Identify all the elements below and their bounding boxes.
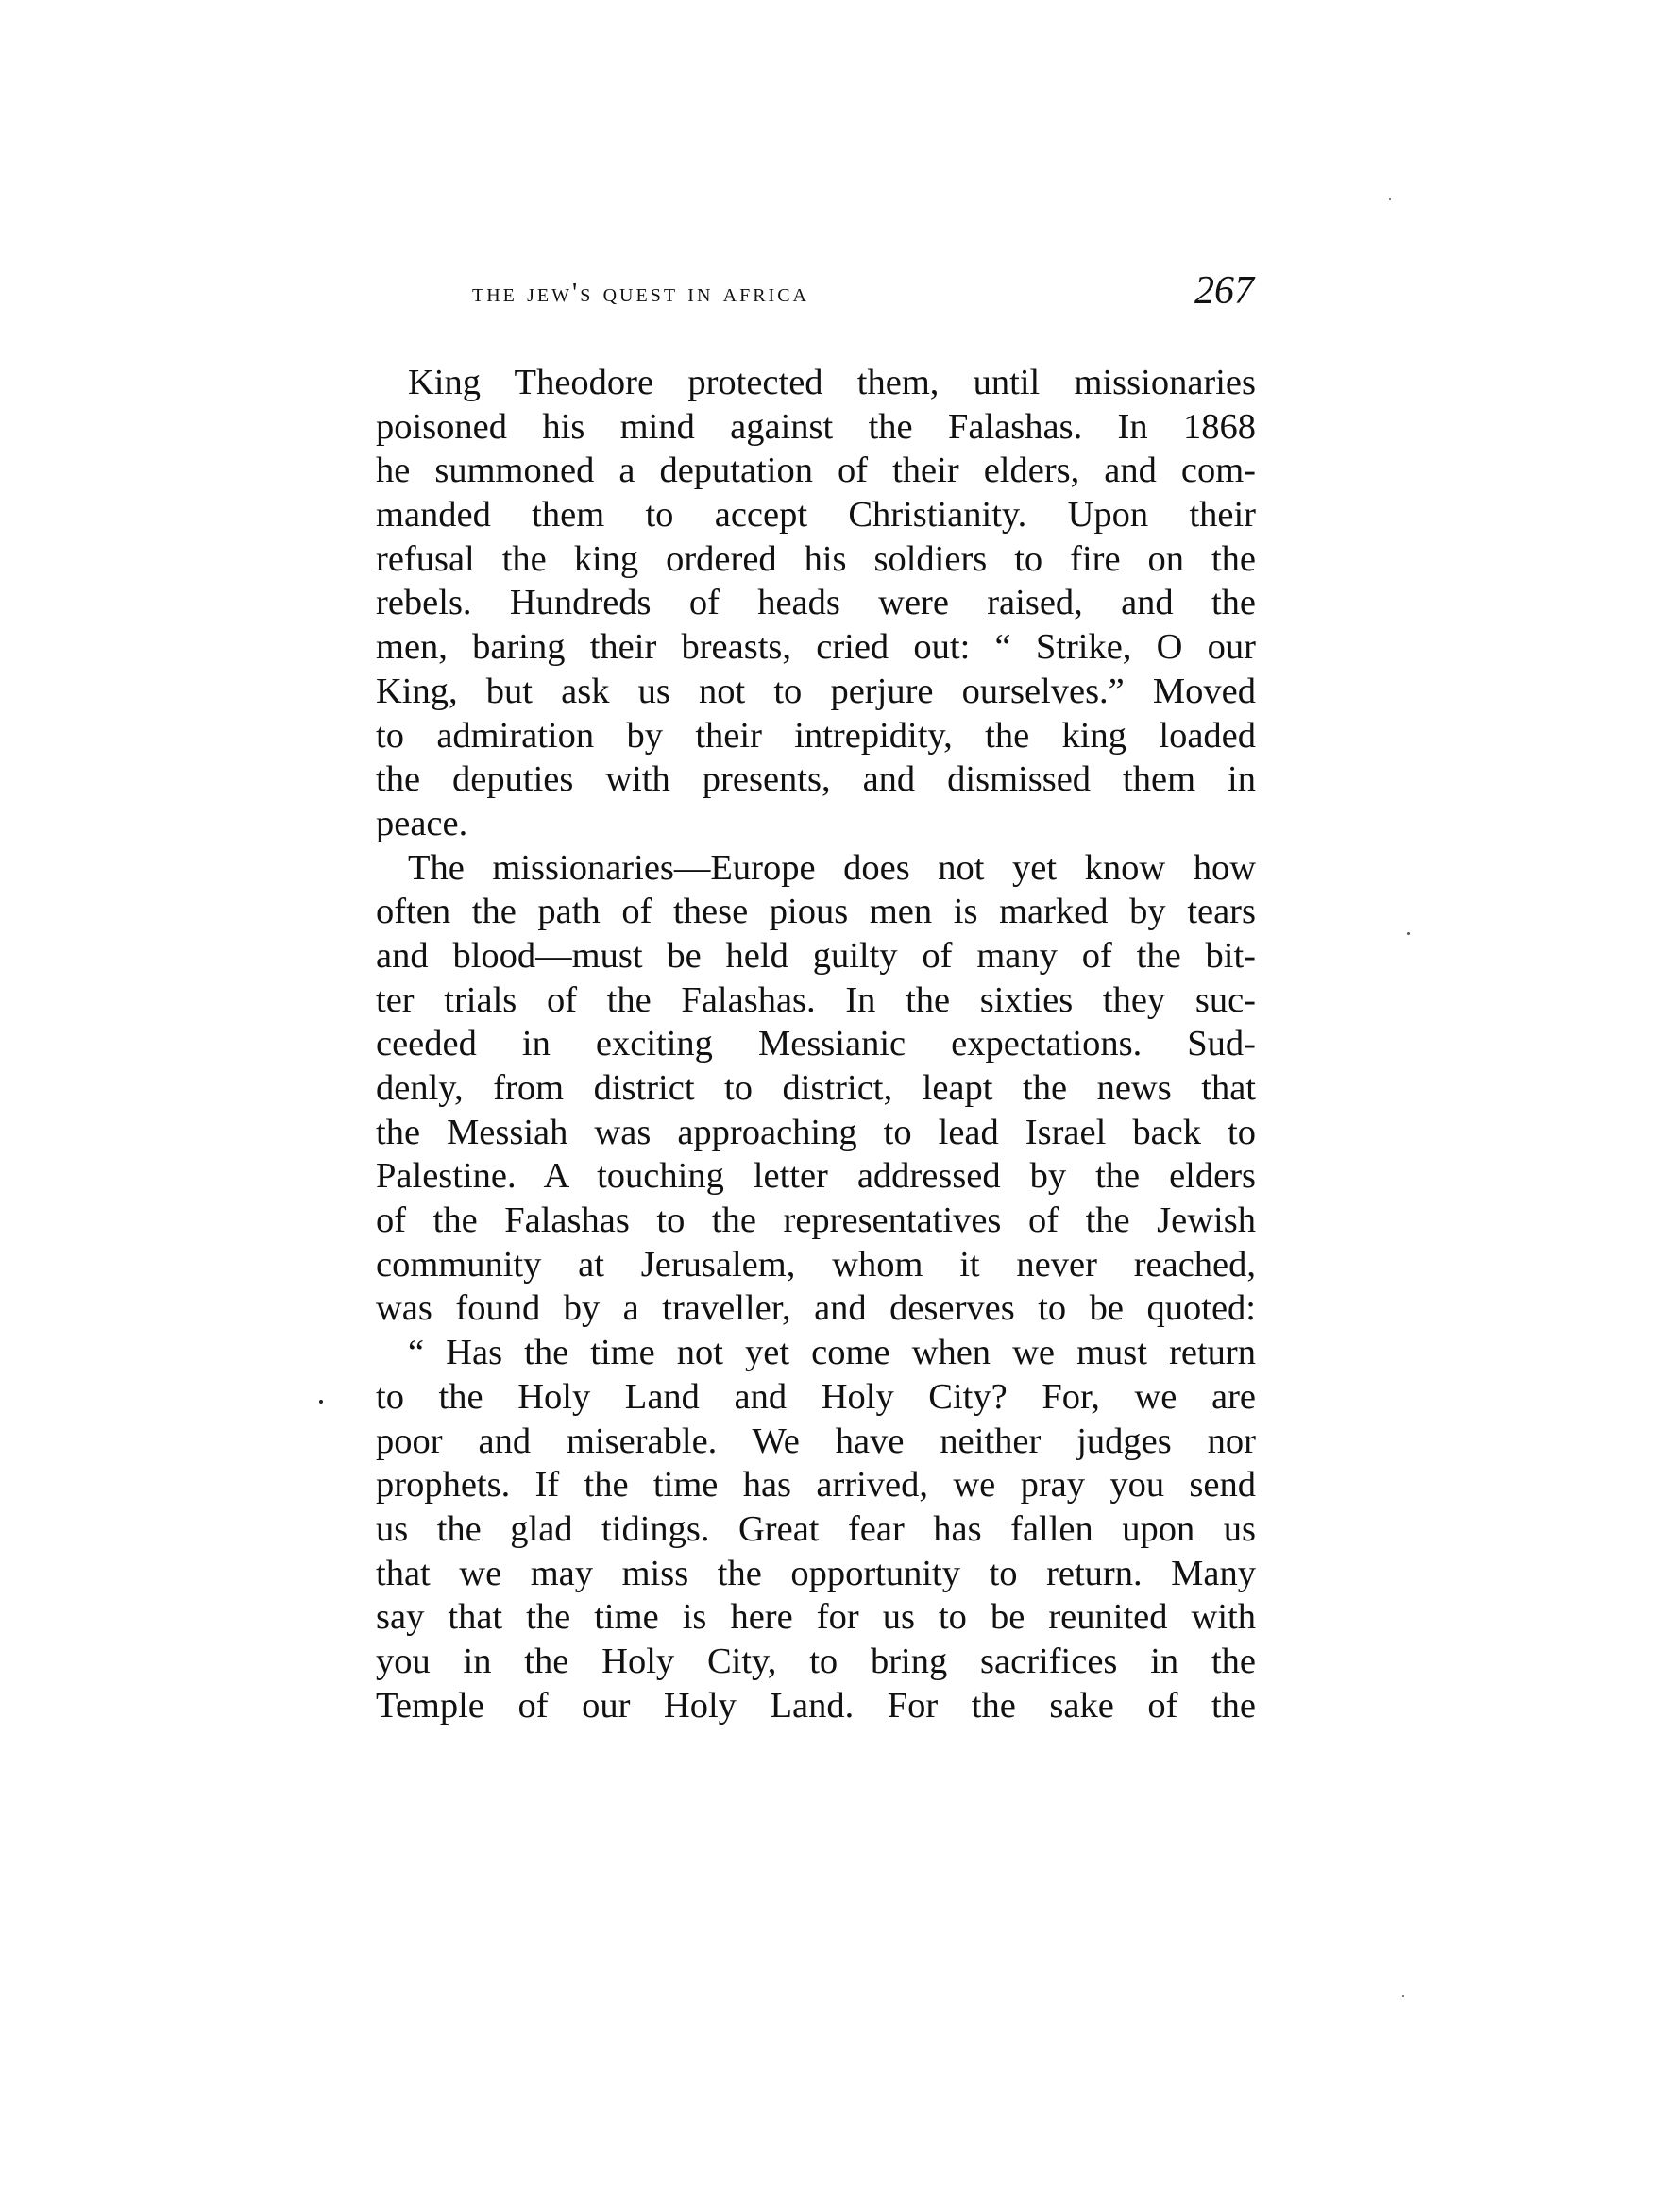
text-line: peace. [376, 802, 1256, 846]
text-line: prophets. If the time has arrived, we pr… [376, 1463, 1256, 1507]
text-line: us the glad tidings. Great fear has fall… [376, 1507, 1256, 1552]
text-line: of the Falashas to the representatives o… [376, 1199, 1256, 1243]
text-line: poor and miserable. We have neither judg… [376, 1420, 1256, 1464]
paragraph-2: The missionaries—Europe does not yet kno… [376, 846, 1256, 1332]
text-line: to admiration by their intrepidity, the … [376, 714, 1256, 758]
paragraph-1: King Theodore protected them, until miss… [376, 361, 1256, 846]
text-line: Palestine. A touching letter addressed b… [376, 1154, 1256, 1199]
text-line: that we may miss the opportunity to retu… [376, 1552, 1256, 1596]
text-line: the Messiah was approaching to lead Isra… [376, 1111, 1256, 1155]
scan-speck [1407, 932, 1410, 935]
text-line: you in the Holy City, to bring sacrifice… [376, 1640, 1256, 1684]
text-line: ceeded in exciting Messianic expectation… [376, 1022, 1256, 1066]
body-text: King Theodore protected them, until miss… [376, 361, 1256, 1727]
text-line: men, baring their breasts, cried out: “ … [376, 625, 1256, 670]
text-line: King Theodore protected them, until miss… [376, 361, 1256, 405]
page-number: 267 [1194, 268, 1254, 314]
text-line: King, but ask us not to perjure ourselve… [376, 670, 1256, 714]
text-line: poisoned his mind against the Falashas. … [376, 405, 1256, 450]
text-line: he summoned a deputation of their elders… [376, 449, 1256, 493]
text-line: say that the time is here for us to be r… [376, 1595, 1256, 1640]
text-line: ter trials of the Falashas. In the sixti… [376, 978, 1256, 1023]
text-line: often the path of these pious men is mar… [376, 890, 1256, 934]
book-page: THE JEW'S QUEST IN AFRICA 267 King Theod… [0, 0, 1660, 2212]
paragraph-3-quotation: “ Has the time not yet come when we must… [376, 1331, 1256, 1727]
text-line: denly, from district to district, leapt … [376, 1066, 1256, 1111]
text-line: and blood—must be held guilty of many of… [376, 934, 1256, 978]
text-line: community at Jerusalem, whom it never re… [376, 1243, 1256, 1287]
scan-speck [319, 1400, 323, 1404]
running-head: THE JEW'S QUEST IN AFRICA 267 [376, 272, 1254, 319]
text-line: was found by a traveller, and deserves t… [376, 1286, 1256, 1331]
text-line: refusal the king ordered his soldiers to… [376, 537, 1256, 582]
text-line: “ Has the time not yet come when we must… [376, 1331, 1256, 1375]
text-line: to the Holy Land and Holy City? For, we … [376, 1375, 1256, 1420]
text-line: rebels. Hundreds of heads were raised, a… [376, 581, 1256, 625]
text-line: The missionaries—Europe does not yet kno… [376, 846, 1256, 891]
scan-speck [1389, 198, 1391, 200]
text-line: the deputies with presents, and dismisse… [376, 757, 1256, 802]
scan-speck [1402, 1995, 1404, 1997]
running-title: THE JEW'S QUEST IN AFRICA [472, 278, 809, 309]
text-line: manded them to accept Christianity. Upon… [376, 493, 1256, 537]
text-line: Temple of our Holy Land. For the sake of… [376, 1684, 1256, 1728]
